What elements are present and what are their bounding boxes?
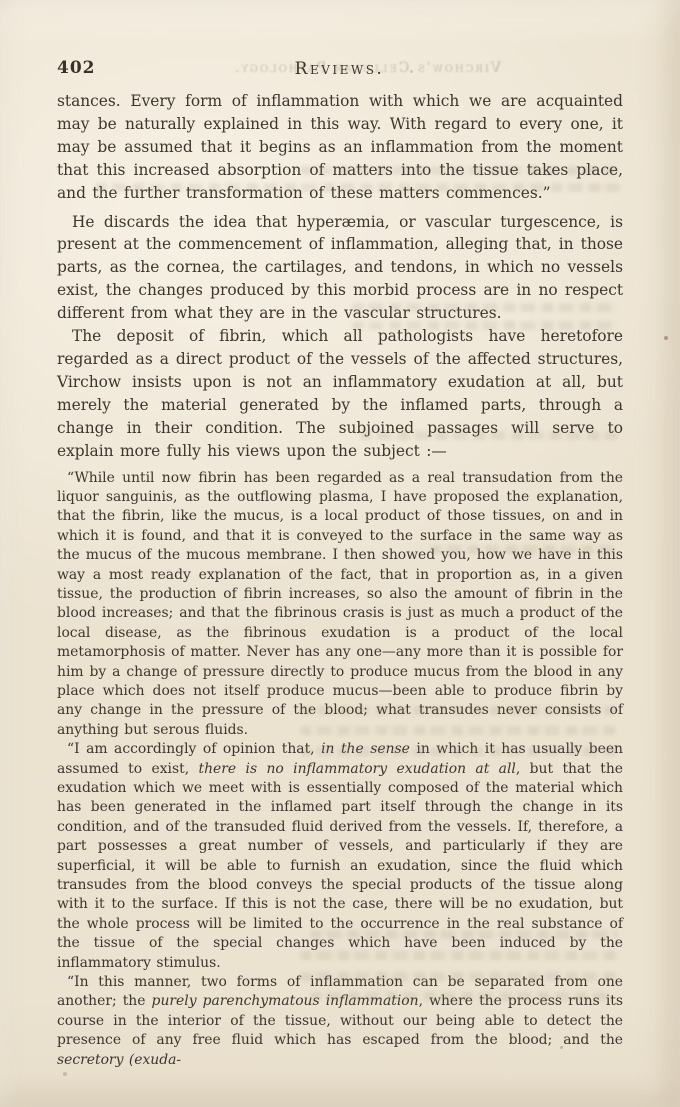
- bleedthrough-smudge: [300, 972, 618, 981]
- paragraph: The deposit of fibrin, which all patholo…: [57, 325, 623, 462]
- text-segment: “I am accordingly of opinion that,: [67, 741, 321, 757]
- bleedthrough-smudge: [300, 166, 620, 175]
- age-speck: [118, 1062, 121, 1065]
- paragraph: “While until now fibrin has been regarde…: [57, 469, 623, 741]
- age-speck: [410, 70, 413, 73]
- bleedthrough-smudge: [95, 183, 620, 192]
- scanned-book-page: 402 Virchow's Cellular Pathology. Review…: [0, 0, 680, 1107]
- bleedthrough-smudge: [300, 747, 618, 756]
- italic-text-segment: there is no inflammatory exudation at al…: [199, 761, 516, 777]
- text-block: stances. Every form of inflammation with…: [57, 90, 623, 1070]
- age-speck: [560, 1046, 563, 1049]
- bleedthrough-smudge: [352, 303, 618, 312]
- paragraph: “In this manner, two forms of inflammati…: [57, 973, 623, 1070]
- bleedthrough-smudge: [300, 726, 618, 735]
- bleedthrough-smudge: [300, 951, 618, 960]
- page-header: 402 Virchow's Cellular Pathology. Review…: [57, 58, 622, 80]
- bleedthrough-smudge: [310, 992, 610, 1001]
- bleedthrough-smudge: [430, 545, 618, 554]
- italic-text-segment: secretory (exuda-: [57, 1052, 181, 1068]
- bleedthrough-smudge: [360, 431, 618, 440]
- bleedthrough-smudge: [300, 706, 618, 715]
- text-segment: , but that the exudation which we meet w…: [57, 761, 623, 971]
- running-head: Reviews.: [57, 59, 622, 79]
- age-speck: [63, 1072, 67, 1076]
- age-speck: [664, 336, 668, 340]
- bleedthrough-smudge: [352, 321, 618, 330]
- text-segment: “While until now fibrin has been regarde…: [57, 470, 623, 738]
- bleedthrough-smudge: [310, 930, 618, 939]
